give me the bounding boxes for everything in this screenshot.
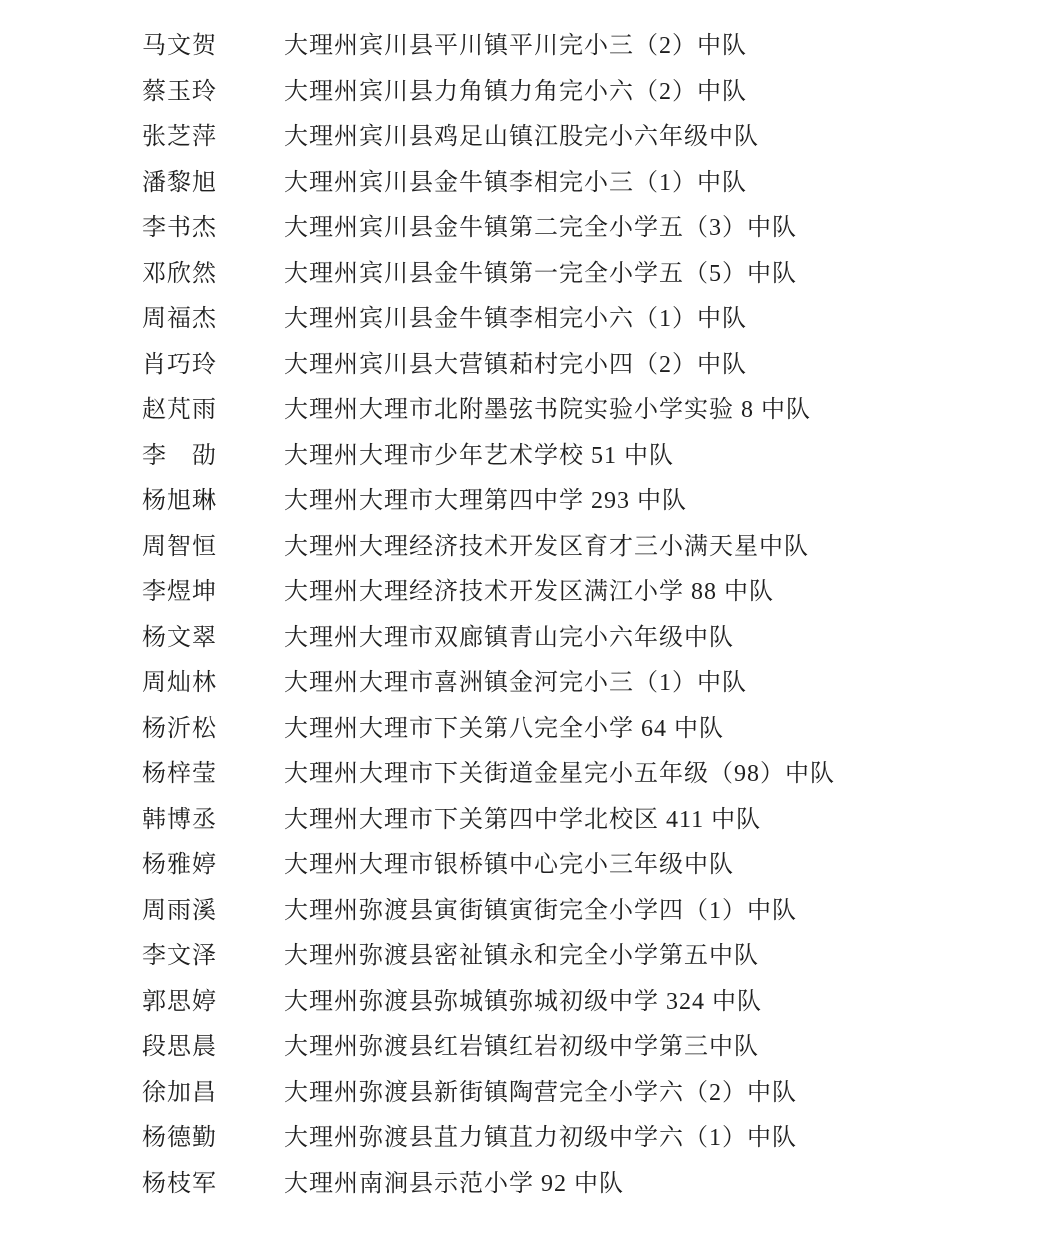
school-unit: 大理州宾川县金牛镇第二完全小学五（3）中队: [284, 206, 797, 252]
list-row: 肖巧玲 大理州宾川县大营镇萂村完小四（2）中队: [142, 343, 1037, 389]
school-unit: 大理州南涧县示范小学 92 中队: [284, 1162, 624, 1208]
student-name: 潘黎旭: [142, 161, 278, 207]
school-unit: 大理州宾川县大营镇萂村完小四（2）中队: [284, 343, 747, 389]
school-unit: 大理州大理市下关第四中学北校区 411 中队: [284, 798, 761, 844]
student-name: 马文贺: [142, 24, 278, 70]
student-name: 李煜坤: [142, 570, 278, 616]
student-name: 周智恒: [142, 525, 278, 571]
list-row: 郭思婷 大理州弥渡县弥城镇弥城初级中学 324 中队: [142, 980, 1037, 1026]
list-row: 赵芃雨 大理州大理市北附墨弦书院实验小学实验 8 中队: [142, 388, 1037, 434]
school-unit: 大理州宾川县金牛镇李相完小六（1）中队: [284, 297, 747, 343]
student-name: 李文泽: [142, 934, 278, 980]
student-name: 杨文翠: [142, 616, 278, 662]
list-row: 杨德勤 大理州弥渡县苴力镇苴力初级中学六（1）中队: [142, 1116, 1037, 1162]
list-row: 杨沂松 大理州大理市下关第八完全小学 64 中队: [142, 707, 1037, 753]
list-row: 李书杰 大理州宾川县金牛镇第二完全小学五（3）中队: [142, 206, 1037, 252]
list-row: 周智恒 大理州大理经济技术开发区育才三小满天星中队: [142, 525, 1037, 571]
school-unit: 大理州大理市下关街道金星完小五年级（98）中队: [284, 752, 835, 798]
school-unit: 大理州大理市双廊镇青山完小六年级中队: [284, 616, 734, 662]
school-unit: 大理州弥渡县弥城镇弥城初级中学 324 中队: [284, 980, 762, 1026]
student-name: 周福杰: [142, 297, 278, 343]
school-unit: 大理州宾川县平川镇平川完小三（2）中队: [284, 24, 747, 70]
student-name: 杨雅婷: [142, 843, 278, 889]
school-unit: 大理州大理经济技术开发区满江小学 88 中队: [284, 570, 774, 616]
school-unit: 大理州宾川县金牛镇第一完全小学五（5）中队: [284, 252, 797, 298]
student-name: 肖巧玲: [142, 343, 278, 389]
school-unit: 大理州弥渡县新街镇陶营完全小学六（2）中队: [284, 1071, 797, 1117]
school-unit: 大理州大理市喜洲镇金河完小三（1）中队: [284, 661, 747, 707]
school-unit: 大理州大理市北附墨弦书院实验小学实验 8 中队: [284, 388, 811, 434]
school-unit: 大理州弥渡县红岩镇红岩初级中学第三中队: [284, 1025, 759, 1071]
student-name: 蔡玉玲: [142, 70, 278, 116]
school-unit: 大理州弥渡县苴力镇苴力初级中学六（1）中队: [284, 1116, 797, 1162]
school-unit: 大理州弥渡县寅街镇寅街完全小学四（1）中队: [284, 889, 797, 935]
list-row: 李 劭 大理州大理市少年艺术学校 51 中队: [142, 434, 1037, 480]
school-unit: 大理州宾川县力角镇力角完小六（2）中队: [284, 70, 747, 116]
school-unit: 大理州大理市下关第八完全小学 64 中队: [284, 707, 724, 753]
student-name: 周雨溪: [142, 889, 278, 935]
school-unit: 大理州大理市少年艺术学校 51 中队: [284, 434, 674, 480]
list-row: 杨梓莹 大理州大理市下关街道金星完小五年级（98）中队: [142, 752, 1037, 798]
student-name: 赵芃雨: [142, 388, 278, 434]
list-row: 张芝萍 大理州宾川县鸡足山镇江股完小六年级中队: [142, 115, 1037, 161]
list-row: 李煜坤 大理州大理经济技术开发区满江小学 88 中队: [142, 570, 1037, 616]
document-page: 马文贺 大理州宾川县平川镇平川完小三（2）中队 蔡玉玲 大理州宾川县力角镇力角完…: [0, 0, 1037, 1237]
student-name: 周灿林: [142, 661, 278, 707]
student-name: 李书杰: [142, 206, 278, 252]
school-unit: 大理州宾川县金牛镇李相完小三（1）中队: [284, 161, 747, 207]
list-row: 杨旭琳 大理州大理市大理第四中学 293 中队: [142, 479, 1037, 525]
list-row: 周福杰 大理州宾川县金牛镇李相完小六（1）中队: [142, 297, 1037, 343]
list-row: 段思晨 大理州弥渡县红岩镇红岩初级中学第三中队: [142, 1025, 1037, 1071]
list-row: 周灿林 大理州大理市喜洲镇金河完小三（1）中队: [142, 661, 1037, 707]
school-unit: 大理州大理市大理第四中学 293 中队: [284, 479, 687, 525]
list-row: 马文贺 大理州宾川县平川镇平川完小三（2）中队: [142, 24, 1037, 70]
school-unit: 大理州弥渡县密祉镇永和完全小学第五中队: [284, 934, 759, 980]
list-row: 杨雅婷 大理州大理市银桥镇中心完小三年级中队: [142, 843, 1037, 889]
list-row: 韩博丞 大理州大理市下关第四中学北校区 411 中队: [142, 798, 1037, 844]
list-row: 周雨溪 大理州弥渡县寅街镇寅街完全小学四（1）中队: [142, 889, 1037, 935]
student-name: 李 劭: [142, 434, 278, 480]
student-name: 杨沂松: [142, 707, 278, 753]
school-unit: 大理州大理经济技术开发区育才三小满天星中队: [284, 525, 809, 571]
list-row: 徐加昌 大理州弥渡县新街镇陶营完全小学六（2）中队: [142, 1071, 1037, 1117]
student-name: 张芝萍: [142, 115, 278, 161]
student-name: 杨德勤: [142, 1116, 278, 1162]
list-row: 蔡玉玲 大理州宾川县力角镇力角完小六（2）中队: [142, 70, 1037, 116]
student-name: 杨枝军: [142, 1162, 278, 1208]
student-name: 段思晨: [142, 1025, 278, 1071]
list-row: 李文泽 大理州弥渡县密祉镇永和完全小学第五中队: [142, 934, 1037, 980]
list-row: 潘黎旭 大理州宾川县金牛镇李相完小三（1）中队: [142, 161, 1037, 207]
list-row: 邓欣然 大理州宾川县金牛镇第一完全小学五（5）中队: [142, 252, 1037, 298]
student-name: 郭思婷: [142, 980, 278, 1026]
school-unit: 大理州宾川县鸡足山镇江股完小六年级中队: [284, 115, 759, 161]
student-name: 杨旭琳: [142, 479, 278, 525]
student-name: 徐加昌: [142, 1071, 278, 1117]
student-name: 韩博丞: [142, 798, 278, 844]
list-row: 杨文翠 大理州大理市双廊镇青山完小六年级中队: [142, 616, 1037, 662]
list-row: 杨枝军 大理州南涧县示范小学 92 中队: [142, 1162, 1037, 1208]
school-unit: 大理州大理市银桥镇中心完小三年级中队: [284, 843, 734, 889]
student-name: 杨梓莹: [142, 752, 278, 798]
student-name: 邓欣然: [142, 252, 278, 298]
